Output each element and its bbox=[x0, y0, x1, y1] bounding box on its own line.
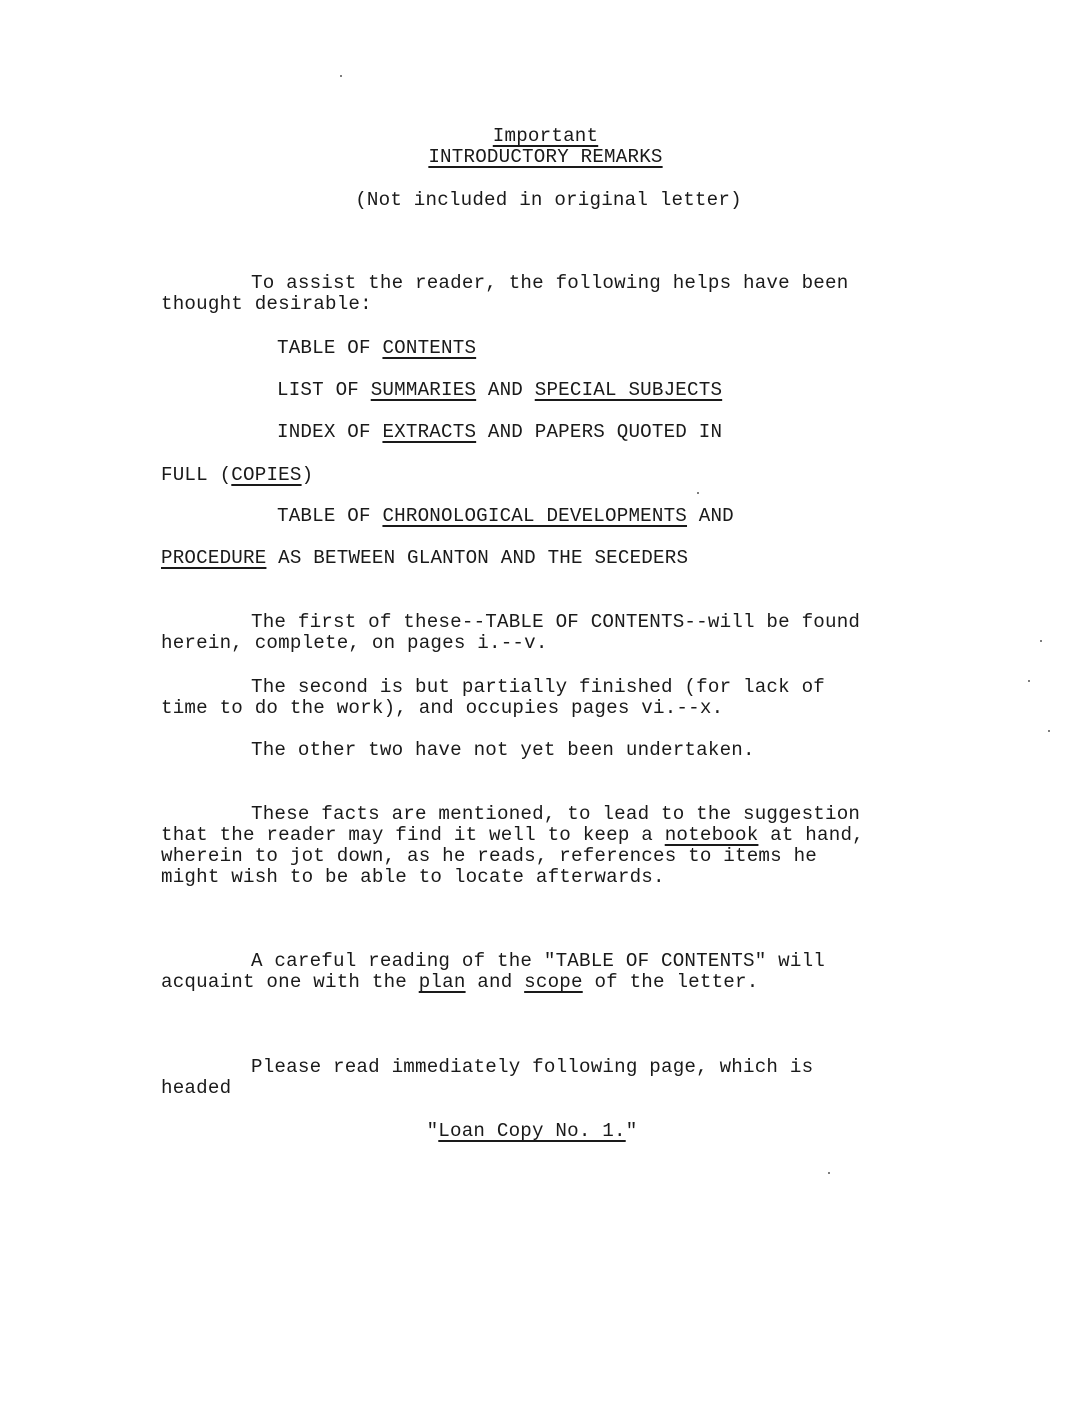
para2-line-2: time to do the work), and occupies pages… bbox=[161, 698, 723, 719]
scan-speck bbox=[1028, 680, 1030, 682]
underlined-text: Loan Copy No. 1. bbox=[438, 1120, 625, 1142]
text: of the letter. bbox=[583, 971, 759, 993]
scan-speck bbox=[697, 492, 699, 494]
underlined-text: scope bbox=[524, 971, 583, 993]
text: that the reader may find it well to keep… bbox=[161, 824, 665, 846]
text: ) bbox=[302, 464, 314, 486]
underlined-text: PROCEDURE bbox=[161, 547, 266, 569]
underlined-text: CONTENTS bbox=[382, 337, 476, 359]
text: acquaint one with the bbox=[161, 971, 419, 993]
text: AND bbox=[687, 505, 734, 527]
underlined-text: notebook bbox=[665, 824, 759, 846]
help-item-chronological-cont: PROCEDURE AS BETWEEN GLANTON AND THE SEC… bbox=[161, 548, 688, 569]
para6-line-1: Please read immediately following page, … bbox=[251, 1057, 813, 1078]
scan-speck bbox=[1048, 730, 1050, 732]
text: at hand, bbox=[758, 824, 863, 846]
para4-line-2: that the reader may find it well to keep… bbox=[161, 825, 864, 846]
text: " bbox=[626, 1120, 638, 1142]
para4-line-4: might wish to be able to locate afterwar… bbox=[161, 867, 665, 888]
intro-line-1: To assist the reader, the following help… bbox=[251, 273, 848, 294]
help-item-table-of-contents: TABLE OF CONTENTS bbox=[277, 338, 476, 359]
underlined-text: EXTRACTS bbox=[382, 421, 476, 443]
subtitle: (Not included in original letter) bbox=[0, 190, 1091, 211]
text: TABLE OF bbox=[277, 505, 382, 527]
underlined-text: plan bbox=[419, 971, 466, 993]
text: FULL ( bbox=[161, 464, 231, 486]
para1-line-1: The first of these--TABLE OF CONTENTS--w… bbox=[251, 612, 860, 633]
para4-line-1: These facts are mentioned, to lead to th… bbox=[251, 804, 860, 825]
para5-line-2: acquaint one with the plan and scope of … bbox=[161, 972, 758, 993]
underlined-text: CHRONOLOGICAL DEVELOPMENTS bbox=[382, 505, 687, 527]
underlined-text: SPECIAL SUBJECTS bbox=[535, 379, 722, 401]
text: AS BETWEEN GLANTON AND THE SECEDERS bbox=[266, 547, 688, 569]
help-item-index-of-extracts-cont: FULL (COPIES) bbox=[161, 465, 313, 486]
scan-speck bbox=[1040, 640, 1042, 642]
help-item-chronological: TABLE OF CHRONOLOGICAL DEVELOPMENTS AND bbox=[277, 506, 734, 527]
para1-line-2: herein, complete, on pages i.--v. bbox=[161, 633, 548, 654]
para5-line-1: A careful reading of the "TABLE OF CONTE… bbox=[251, 951, 825, 972]
closing-loan-copy: "Loan Copy No. 1." bbox=[0, 1121, 1064, 1142]
scan-speck bbox=[828, 1172, 830, 1174]
text: " bbox=[427, 1120, 439, 1142]
help-item-summaries: LIST OF SUMMARIES AND SPECIAL SUBJECTS bbox=[277, 380, 722, 401]
text: LIST OF bbox=[277, 379, 371, 401]
text: AND PAPERS QUOTED IN bbox=[476, 421, 722, 443]
para4-line-3: wherein to jot down, as he reads, refere… bbox=[161, 846, 817, 867]
title-introductory-remarks: INTRODUCTORY REMARKS bbox=[0, 147, 1091, 168]
help-item-index-of-extracts: INDEX OF EXTRACTS AND PAPERS QUOTED IN bbox=[277, 422, 722, 443]
text: INDEX OF bbox=[277, 421, 382, 443]
text: AND bbox=[476, 379, 535, 401]
title-important: Important bbox=[0, 126, 1091, 147]
para3-line-1: The other two have not yet been undertak… bbox=[251, 740, 755, 761]
scan-speck bbox=[340, 75, 342, 77]
para2-line-1: The second is but partially finished (fo… bbox=[251, 677, 825, 698]
text: TABLE OF bbox=[277, 337, 382, 359]
para6-line-2: headed bbox=[161, 1078, 231, 1099]
intro-line-2: thought desirable: bbox=[161, 294, 372, 315]
underlined-text: SUMMARIES bbox=[371, 379, 476, 401]
text: and bbox=[466, 971, 525, 993]
underlined-text: COPIES bbox=[231, 464, 301, 486]
